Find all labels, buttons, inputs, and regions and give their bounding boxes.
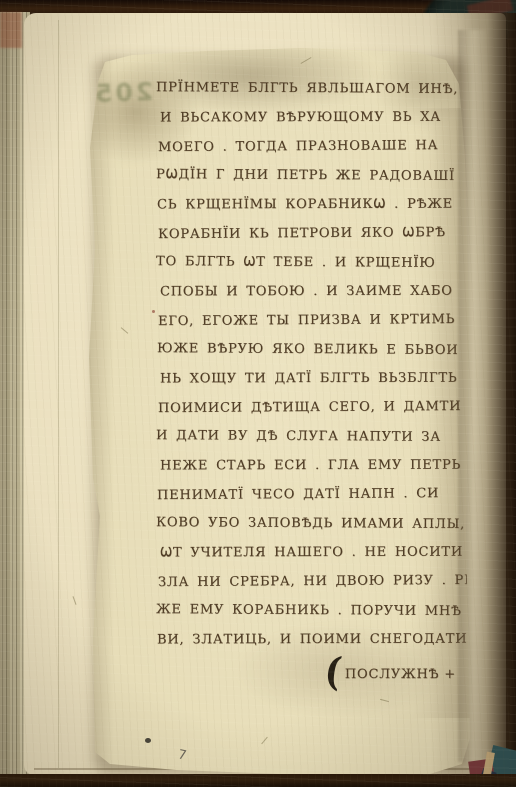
manuscript-line: его, егоже ты призва и кртимь bbox=[158, 305, 462, 336]
manuscript-line: поимиси дѣтища сего, и дамти bbox=[158, 392, 462, 423]
text-block: прїнмете блгть явльшагом инѣ, и вьсакому… bbox=[156, 74, 462, 689]
manuscript-photo: 205 прїнмете блгть явльшагом инѣ, и вьса… bbox=[0, 0, 516, 787]
manuscript-line: ви, златиць, и поими снегодати bbox=[157, 625, 462, 655]
binding-edge-bottom bbox=[0, 774, 516, 787]
manuscript-line: спобы и тобою . и заиме хабо bbox=[160, 277, 462, 307]
manuscript-line: и дати ву дѣ слуга напути за bbox=[156, 421, 462, 452]
manuscript-line: нь хощу ти датї блгть вьзблгть bbox=[160, 364, 462, 394]
manuscript-line: ѡт учителя нашего . не носити bbox=[160, 538, 462, 568]
manuscript-line: юже вѣрую яко великь е бьвои bbox=[157, 334, 462, 365]
folio-number: 7 bbox=[177, 747, 188, 763]
manuscript-line: сь крщенїмы корабникѡ . рѣже bbox=[157, 190, 462, 220]
manuscript-line: пениматї чесо датї напн . си bbox=[157, 479, 462, 510]
manuscript-line: зла ни сребра, ни двою ризу . ре bbox=[158, 566, 462, 597]
manuscript-line: то блгть ѡт тебе . и крщенїю bbox=[156, 247, 462, 278]
manuscript-leaf: 205 прїнмете блгть явльшагом инѣ, и вьса… bbox=[86, 48, 470, 775]
under-page-edge-line bbox=[58, 20, 59, 768]
bleedthrough-stamp: 205 bbox=[92, 77, 154, 108]
catchword-bracket: ( bbox=[325, 671, 341, 673]
adjacent-page-fold bbox=[458, 30, 492, 762]
red-ink-speck bbox=[152, 310, 155, 313]
manuscript-line: прїнмете блгть явльшагом инѣ, bbox=[156, 73, 462, 104]
manuscript-line: неже старь еси . гла ему петрь bbox=[160, 451, 462, 481]
manuscript-line: и вьсакому вѣрующому вь ха bbox=[160, 103, 462, 133]
edge-stack-red-tint bbox=[0, 12, 22, 48]
ink-dot bbox=[145, 738, 151, 743]
manuscript-line: корабнїи кь петрови яко ѡбрѣ bbox=[158, 218, 462, 249]
manuscript-line: рѡдїн г дни петрь же радовашї bbox=[156, 160, 462, 191]
catchword-text: послужнѣ bbox=[345, 667, 439, 682]
manuscript-line: ково убо заповѣдь имами аплы, bbox=[156, 508, 462, 539]
manuscript-line: же ему корабникь . поручи мнѣ bbox=[156, 595, 462, 626]
manuscript-line: моего . тогда празноваше на bbox=[158, 131, 462, 162]
catchword: (послужнѣ+ bbox=[156, 657, 462, 689]
